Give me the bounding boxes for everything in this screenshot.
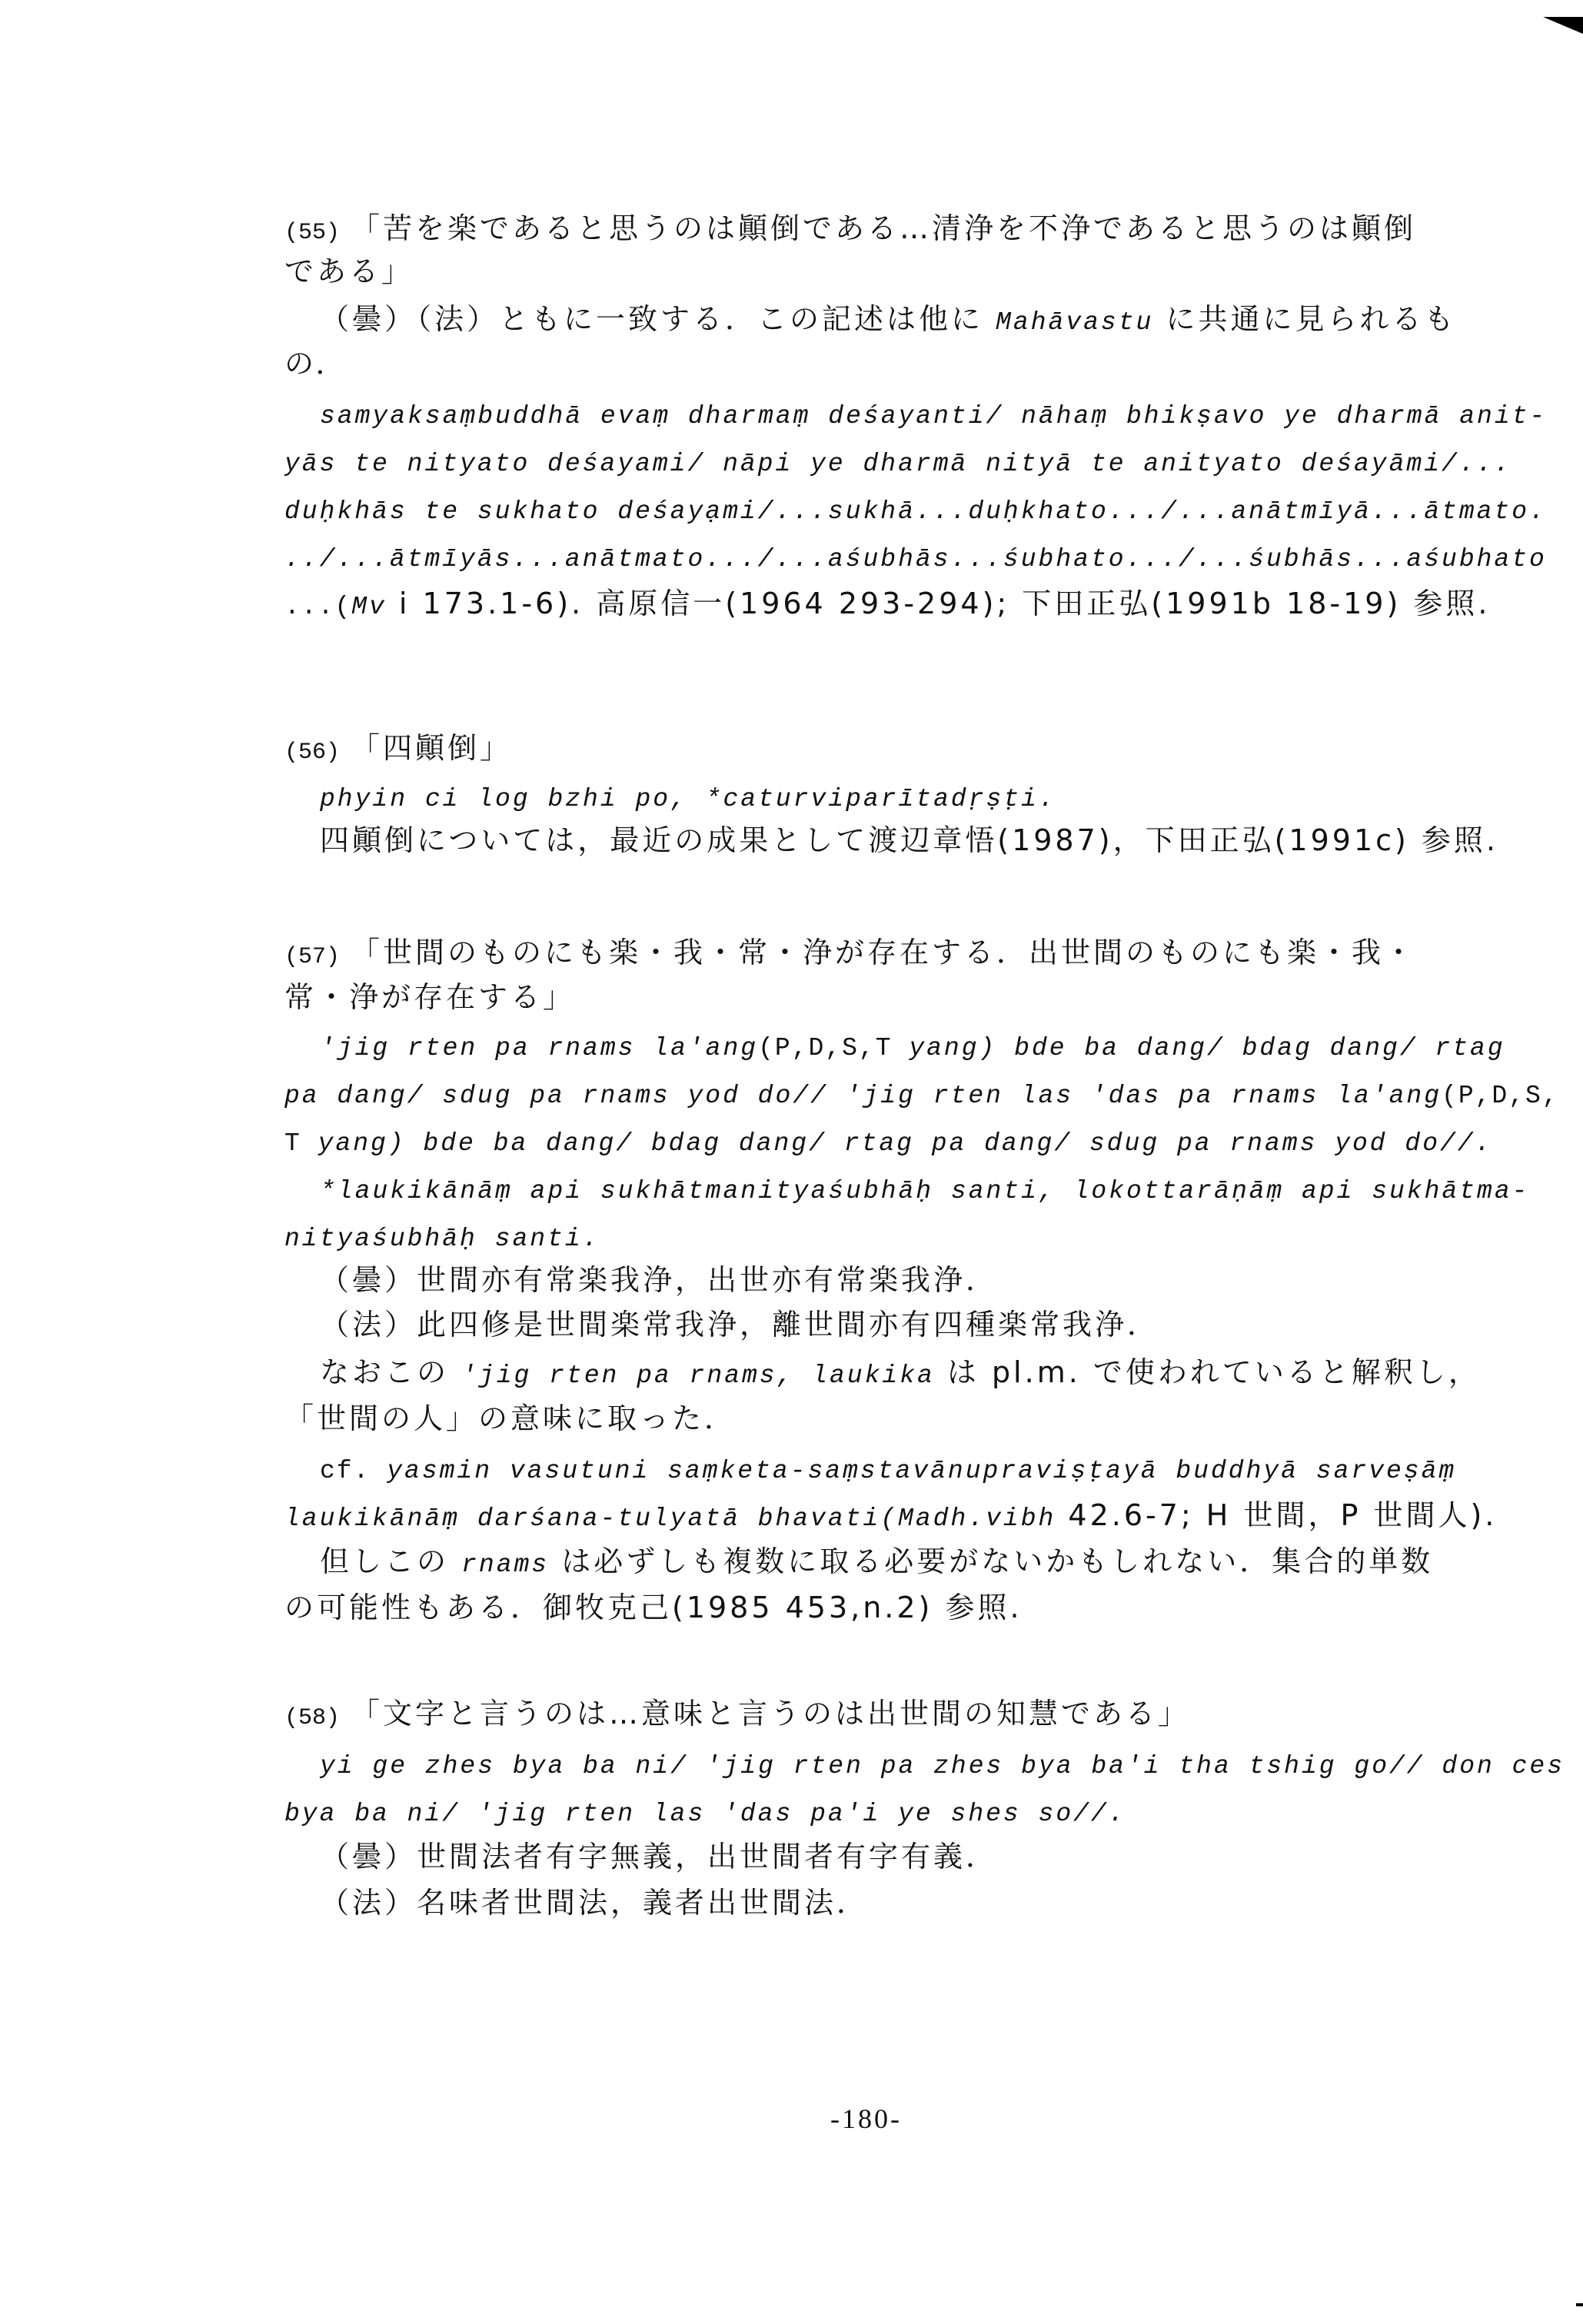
chinese-text: （法）此四修是世間楽常我浄，離世間亦有四種楽常我浄．	[320, 1308, 1159, 1342]
note-55-comment-cont: の．	[284, 344, 348, 383]
reference-text: 42.6-7; H 世間，P 世間人).	[1056, 1498, 1497, 1532]
sanskrit-text: samyaksaṃbuddhā evaṃ dharmaṃ deśayanti/ …	[320, 402, 1547, 431]
chinese-text: （曇）世間法者有字無義，出世間者有字有義．	[320, 1840, 998, 1873]
tibetan-text: bya ba ni/ 'jig rten las 'das pa'i ye sh…	[284, 1800, 1126, 1828]
variant-sigla: (P,D,S,	[1442, 1082, 1559, 1110]
variant-sigla: T	[284, 1129, 318, 1158]
note-heading-text: 常・浄が存在する」	[284, 980, 575, 1014]
tibetan-text: 'jig rten pa rnams la'ang	[320, 1034, 758, 1062]
note-58-heading: (58)「文字と言うのは…意味と言うのは出世間の知慧である」	[284, 1694, 1190, 1737]
chinese-fa-version: （法）名味者世間法，義者出世間法．	[320, 1883, 869, 1922]
reference-text: ...(	[284, 593, 351, 621]
note-55-heading: (55)「苦を楽であると思うのは顚倒である…清浄を不浄であると思うのは顚倒	[284, 209, 1416, 252]
sanskrit-line: *laukikānāṃ api sukhātmanityaśubhāḥ sant…	[320, 1169, 1529, 1211]
comment-text: 「世間の人」の意味に取った．	[284, 1401, 737, 1435]
note-number: (56)	[284, 740, 340, 766]
comment-text: なおこの	[320, 1355, 461, 1389]
term-italic: 'jig rten pa rnams, laukika	[461, 1361, 935, 1390]
text-title-italic: Mahāvastu	[996, 308, 1153, 337]
page-number: -180-	[830, 2103, 902, 2135]
note-56-comment: 四顚倒については，最近の成果として渡辺章悟(1987)，下田正弘(1991c) …	[320, 821, 1498, 859]
tibetan-text: phyin ci log bzhi po, *caturviparītadṛṣṭ…	[320, 785, 1056, 813]
comment-text: （曇）（法）ともに一致する．この記述は他に	[320, 302, 983, 336]
sanskrit-line: ../...ātmīyās...anātmato.../...aśubhās..…	[284, 537, 1547, 579]
note-55-heading-cont: である」	[284, 252, 414, 291]
chinese-tan-version: （曇）世間亦有常楽我浄，出世亦有常楽我浄．	[320, 1261, 998, 1299]
note-57-caveat-cont: の可能性もある．御牧克己(1985 453,n.2) 参照.	[284, 1588, 1023, 1627]
sanskrit-text: yasmin vasutuni saṃketa-saṃstavānupraviṣ…	[387, 1457, 1456, 1485]
sanskrit-text: nityaśubhāḥ santi.	[284, 1225, 600, 1253]
sanskrit-line: nityaśubhāḥ santi.	[284, 1216, 600, 1258]
comment-text: の．	[284, 347, 348, 381]
comment-text: は pl.m. で使われていると解釈し，	[935, 1355, 1481, 1389]
note-heading-text: である」	[284, 254, 414, 288]
reference-text: i 173.1-6). 高原信一(1964 293-294); 下田正弘(199…	[387, 587, 1491, 620]
tibetan-text: pa dang/ sdug pa rnams yod do// 'jig rte…	[284, 1082, 1442, 1110]
note-heading-text: 「世間のものにも楽・我・常・浄が存在する．出世間のものにも楽・我・	[351, 936, 1416, 969]
comment-text: の可能性もある．御牧克己(1985 453,n.2) 参照.	[284, 1591, 1023, 1624]
tibetan-text: yang) bde ba dang/ bdag dang/ rtag pa da…	[318, 1129, 1493, 1158]
reference-abbrev: Mv	[351, 593, 387, 621]
sanskrit-text: yās te nityato deśayami/ nāpi ye dharmā …	[284, 450, 1511, 478]
cf-label: cf.	[320, 1457, 387, 1485]
term-italic: rnams	[461, 1551, 549, 1579]
note-number: (58)	[284, 1705, 340, 1731]
comment-text: 但しこの	[320, 1544, 461, 1578]
tibetan-line: T yang) bde ba dang/ bdag dang/ rtag pa …	[284, 1121, 1492, 1163]
note-57-heading: (57)「世間のものにも楽・我・常・浄が存在する．出世間のものにも楽・我・	[284, 933, 1416, 976]
cf-line: cf. yasmin vasutuni saṃketa-saṃstavānupr…	[320, 1448, 1456, 1491]
note-55-reference: ...(Mv i 173.1-6). 高原信一(1964 293-294); 下…	[284, 584, 1490, 627]
sanskrit-text: *laukikānāṃ api sukhātmanityaśubhāḥ sant…	[320, 1177, 1529, 1205]
note-number: (57)	[284, 944, 340, 970]
note-57-caveat: 但しこの rnams は必ずしも複数に取る必要がないかもしれない．集合的単数	[320, 1542, 1433, 1584]
cf-line: laukikānāṃ darśana-tulyatā bhavati(Madh.…	[284, 1496, 1497, 1538]
sanskrit-line: samyaksaṃbuddhā evaṃ dharmaṃ deśayanti/ …	[320, 394, 1547, 436]
comment-text: に共通に見られるも	[1166, 302, 1456, 336]
note-heading-text: 「苦を楽であると思うのは顚倒である…清浄を不浄であると思うのは顚倒	[351, 211, 1416, 245]
tibetan-text: yang) bde ba dang/ bdag dang/ rtag	[909, 1034, 1505, 1062]
tibetan-line: phyin ci log bzhi po, *caturviparītadṛṣṭ…	[320, 776, 1056, 819]
chinese-text: （曇）世間亦有常楽我浄，出世亦有常楽我浄．	[320, 1263, 998, 1297]
note-57-heading-cont: 常・浄が存在する」	[284, 978, 575, 1016]
sanskrit-line: duḥkhās te sukhato deśayạmi/...sukhā...d…	[284, 489, 1547, 531]
sanskrit-text: duḥkhās te sukhato deśayạmi/...sukhā...d…	[284, 497, 1547, 526]
variant-sigla: (P,D,S,T	[758, 1034, 909, 1062]
tibetan-line: pa dang/ sdug pa rnams yod do// 'jig rte…	[284, 1073, 1559, 1115]
comment-text: は必ずしも複数に取る必要がないかもしれない．集合的単数	[549, 1544, 1433, 1578]
tibetan-line: bya ba ni/ 'jig rten las 'das pa'i ye sh…	[284, 1791, 1126, 1834]
chinese-fa-version: （法）此四修是世間楽常我浄，離世間亦有四種楽常我浄．	[320, 1305, 1159, 1344]
tibetan-text: yi ge zhes bya ba ni/ 'jig rten pa zhes …	[320, 1752, 1565, 1780]
chinese-text: （法）名味者世間法，義者出世間法．	[320, 1886, 869, 1920]
sanskrit-text: ../...ātmīyās...anātmato.../...aśubhās..…	[284, 545, 1547, 574]
scan-corner-mark	[1543, 17, 1583, 34]
note-heading-text: 「文字と言うのは…意味と言うのは出世間の知慧である」	[351, 1697, 1190, 1731]
note-57-remark: なおこの 'jig rten pa rnams, laukika は pl.m.…	[320, 1353, 1481, 1395]
note-number: (55)	[284, 220, 340, 246]
scan-speck	[1576, 2303, 1583, 2306]
tibetan-line: 'jig rten pa rnams la'ang(P,D,S,T yang) …	[320, 1026, 1505, 1068]
note-56-heading: (56)「四顚倒」	[284, 729, 512, 772]
sanskrit-text: laukikānāṃ darśana-tulyatā bhavati(Madh.…	[284, 1504, 1056, 1533]
note-heading-text: 「四顚倒」	[351, 731, 512, 765]
sanskrit-line: yās te nityato deśayami/ nāpi ye dharmā …	[284, 441, 1511, 484]
tibetan-line: yi ge zhes bya ba ni/ 'jig rten pa zhes …	[320, 1744, 1565, 1786]
comment-text: 四顚倒については，最近の成果として渡辺章悟(1987)，下田正弘(1991c) …	[320, 823, 1498, 857]
chinese-tan-version: （曇）世間法者有字無義，出世間者有字有義．	[320, 1837, 998, 1876]
note-55-comment: （曇）（法）ともに一致する．この記述は他に Mahāvastu に共通に見られる…	[320, 300, 1456, 342]
note-57-remark-cont: 「世間の人」の意味に取った．	[284, 1399, 737, 1438]
